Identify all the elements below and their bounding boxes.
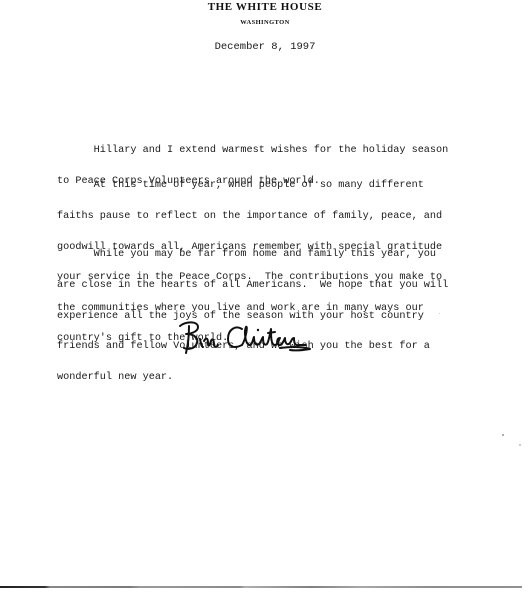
text-line: faiths pause to reflect on the importanc… (57, 212, 457, 222)
speck (519, 444, 521, 446)
text-line: While you may be far from home and famil… (57, 250, 457, 260)
text-line: wonderful new year. (57, 373, 457, 383)
letterhead-subtitle: WASHINGTON (0, 19, 530, 26)
handwritten-signature-icon (176, 315, 316, 361)
bottom-rule (0, 586, 522, 588)
text-line: are close in the hearts of all Americans… (57, 281, 457, 291)
letterhead-title: THE WHITE HOUSE (0, 1, 530, 13)
paragraph-closing: While you may be far from home and famil… (57, 230, 457, 393)
speck (439, 313, 440, 314)
text-line: Hillary and I extend warmest wishes for … (57, 146, 457, 156)
letter-date: December 8, 1997 (0, 41, 530, 53)
speck (502, 434, 504, 436)
signature (176, 315, 316, 361)
text-line: At this time of year, when people of so … (57, 181, 457, 191)
